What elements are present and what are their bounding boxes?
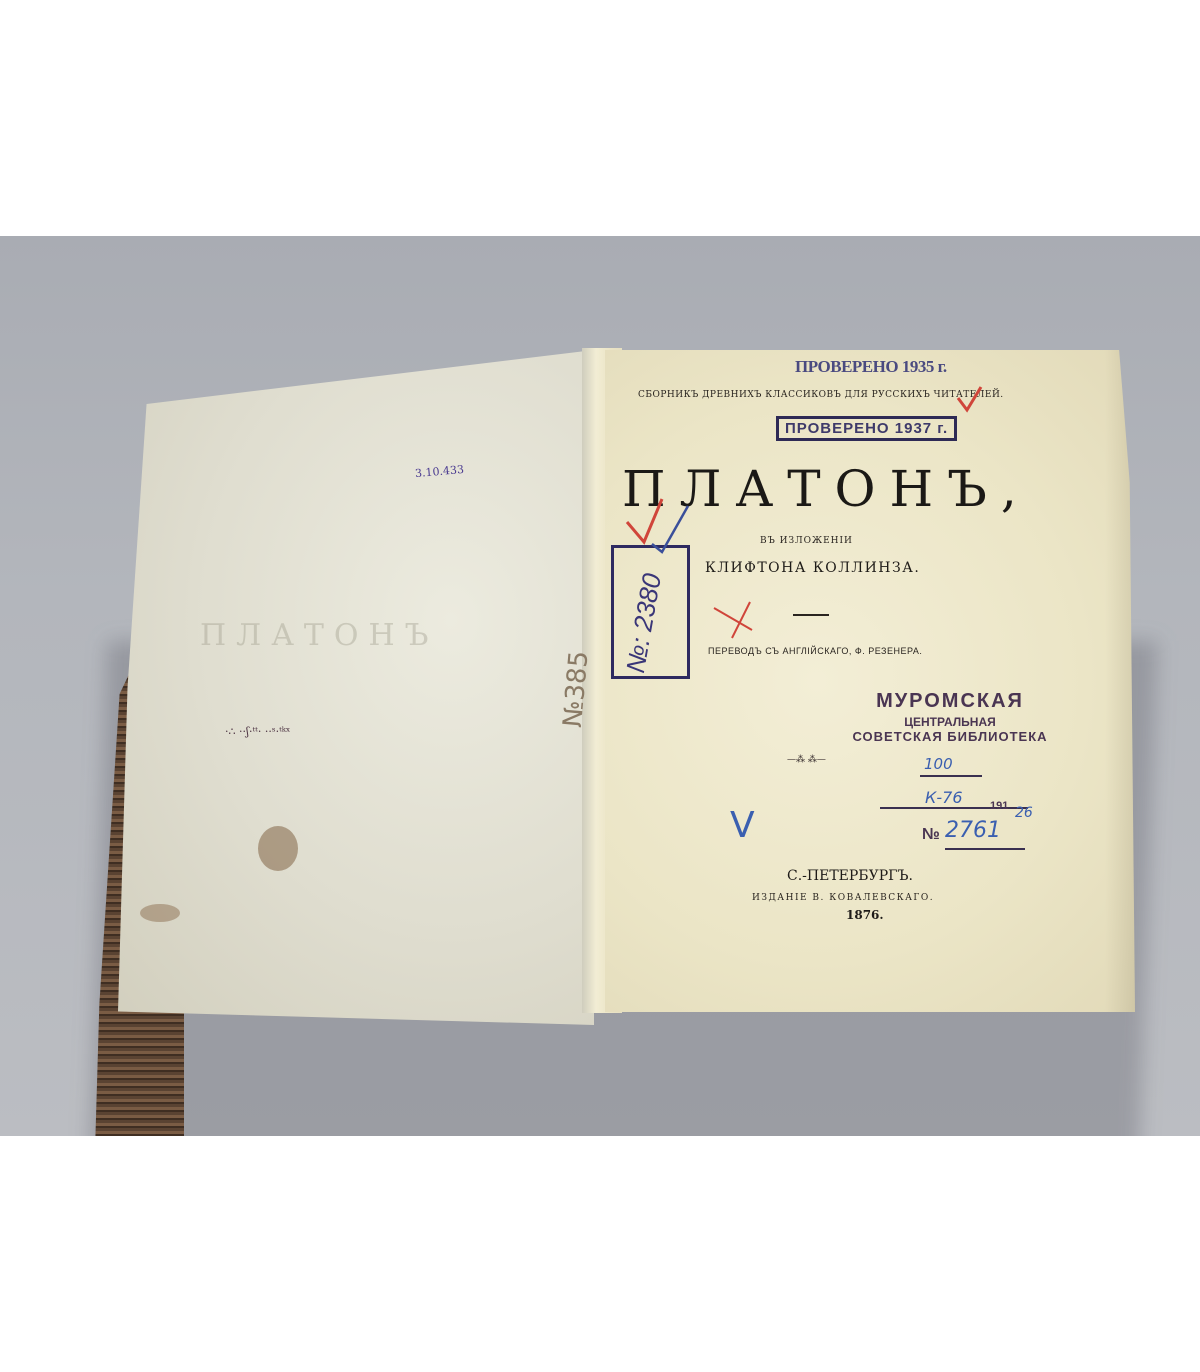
library-stamp-line-3: СОВЕТСКАЯ БИБЛИОТЕКА: [850, 729, 1050, 744]
left-endpaper: [118, 350, 594, 1025]
stamp-year-label: 191: [990, 800, 1008, 812]
handwritten-shelf-k76: К-76: [925, 788, 963, 807]
faded-offset-text: ПЛАТОНЪ: [200, 618, 439, 653]
ink-stain: [140, 904, 180, 922]
divider-rule: [793, 614, 829, 616]
library-stamp-line-2: ЦЕНТРАЛЬНАЯ: [850, 715, 1050, 729]
red-check-mark-icon: [622, 494, 692, 554]
subtitle: ВЪ ИЗЛОЖЕНІИ: [760, 536, 853, 546]
stamp-checked-1935: ПРОВЕРЕНО 1935 г.: [795, 357, 947, 377]
translator: ПЕРЕВОДЪ СЪ АНГЛІЙСКАГО, Ф. РЕЗЕНЕРА.: [708, 646, 922, 656]
red-cross-mark-icon: [712, 600, 762, 640]
publisher: ИЗДАНІЕ В. КОВАЛЕВСКАГО.: [752, 893, 934, 903]
ornament-rule: —⁂ ⁂—: [787, 755, 826, 765]
stamp-line: [920, 775, 982, 777]
handwritten-number: 2761: [945, 818, 1001, 843]
handwritten-shelf-100: 100: [924, 755, 953, 773]
stamp-checked-1937: ПРОВЕРЕНО 1937 г.: [776, 416, 957, 441]
library-stamp: МУРОМСКАЯ ЦЕНТРАЛЬНАЯ СОВЕТСКАЯ БИБЛИОТЕ…: [850, 690, 1050, 744]
library-stamp-line-1: МУРОМСКАЯ: [850, 690, 1050, 713]
stamp-number-label: №: [922, 826, 940, 844]
stamp-line: [945, 848, 1025, 850]
author: КЛИФТОНА КОЛЛИНЗА.: [705, 560, 920, 576]
series-title: СБОРНИКЪ ДРЕВНИХЪ КЛАССИКОВЪ ДЛЯ РУССКИХ…: [638, 390, 1004, 400]
handwritten-year-suffix: 26: [1015, 805, 1033, 821]
book-photograph: ПЛАТОНЪ 3.10.433 ·∴ ··ʃ·ᵗᵗ· ··ˢ·ᵗᵏˣ №385…: [0, 236, 1200, 1136]
publication-year: 1876.: [846, 908, 884, 922]
blue-check-letter: V: [730, 805, 755, 846]
red-check-mark-icon: [955, 384, 985, 414]
left-page-ink-spots: ·∴ ··ʃ·ᵗᵗ· ··ˢ·ᵗᵏˣ: [225, 725, 290, 738]
ink-stain: [258, 826, 298, 871]
publication-city: С.-ПЕТЕРБУРГЪ.: [787, 868, 913, 884]
